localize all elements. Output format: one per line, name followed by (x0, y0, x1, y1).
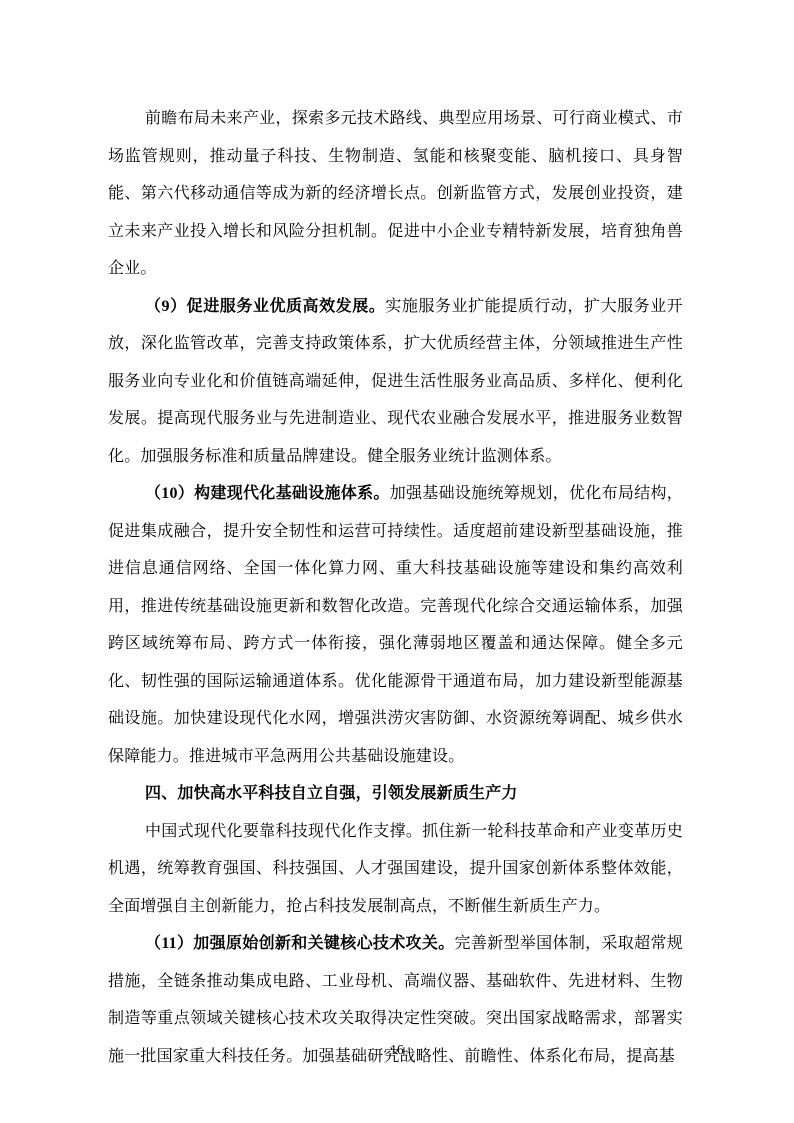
section-heading-4: 四、加快高水平科技自立自强，引领发展新质生产力 (108, 775, 683, 813)
document-page: 前瞻布局未来产业，探索多元技术路线、典型应用场景、可行商业模式、市场监管规则，推… (0, 0, 794, 1123)
paragraph-10-infrastructure: （10）构建现代化基础设施体系。加强基础设施统筹规划，优化布局结构，促进集成融合… (108, 475, 683, 775)
paragraph-lead: （11）加强原始创新和关键核心技术攻关。 (145, 935, 455, 952)
page-number: 16 (0, 1042, 794, 1058)
paragraph-9-services: （9）促进服务业优质高效发展。实施服务业扩能提质行动，扩大服务业开放，深化监管改… (108, 288, 683, 476)
section-heading-text: 四、加快高水平科技自立自强，引领发展新质生产力 (145, 785, 518, 802)
document-body: 前瞻布局未来产业，探索多元技术路线、典型应用场景、可行商业模式、市场监管规则，推… (108, 100, 683, 1075)
paragraph-tech-intro: 中国式现代化要靠科技现代化作支撑。抓住新一轮科技革命和产业变革历史机遇，统筹教育… (108, 813, 683, 926)
paragraph-text: 实施服务业扩能提质行动，扩大服务业开放，深化监管改革，完善支持政策体系，扩大优质… (108, 298, 683, 465)
paragraph-text: 前瞻布局未来产业，探索多元技术路线、典型应用场景、可行商业模式、市场监管规则，推… (108, 110, 683, 277)
paragraph-text: 加强基础设施统筹规划，优化布局结构，促进集成融合，提升安全韧性和运营可持续性。适… (108, 485, 683, 765)
paragraph-text: 中国式现代化要靠科技现代化作支撑。抓住新一轮科技革命和产业变革历史机遇，统筹教育… (108, 823, 683, 915)
paragraph-future-industries: 前瞻布局未来产业，探索多元技术路线、典型应用场景、可行商业模式、市场监管规则，推… (108, 100, 683, 288)
paragraph-lead: （9）促进服务业优质高效发展。 (145, 298, 385, 315)
paragraph-lead: （10）构建现代化基础设施体系。 (145, 485, 390, 502)
